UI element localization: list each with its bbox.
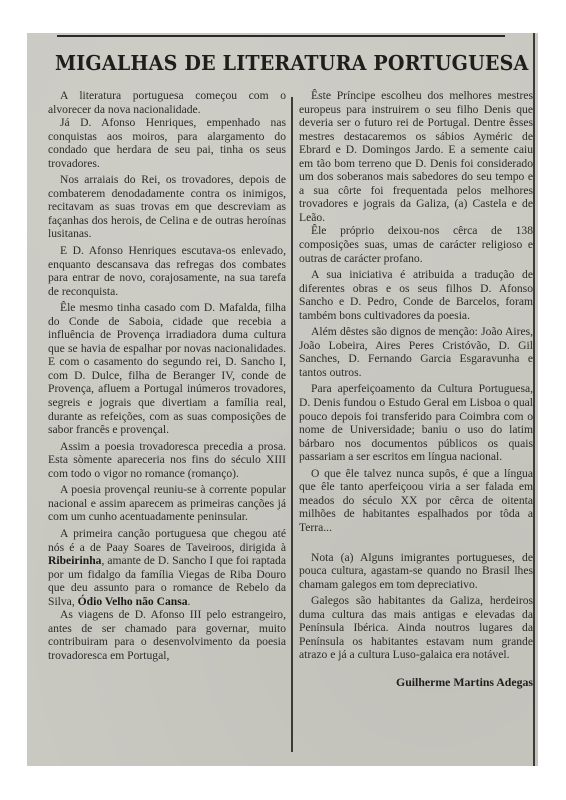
paragraph: A literatura portuguesa começou com o al… [48,89,286,116]
paragraph: Já D. Afonso Henriques, empenhado nas co… [48,116,286,170]
left-column: A literatura portuguesa começou com o al… [48,89,286,662]
paragraph: As viagens de D. Afonso III pelo estrang… [48,608,286,662]
newspaper-clipping: MIGALHAS DE LITERATURA PORTUGUESA A lite… [27,33,538,766]
right-column: Êste Príncipe escolheu dos melhores mest… [299,89,533,689]
author-signature: Guilherme Martins Adegas [299,676,533,690]
column-divider [291,97,293,752]
paragraph: Além dêstes são dignos de menção: João A… [299,325,533,379]
bold-name-ribeirinha: Ribeirinha [48,554,101,567]
paragraph-text: . [188,595,191,608]
footnote-paragraph: Galegos são habitantes da Galiza, herdei… [299,594,533,662]
paragraph: Êste Príncipe escolheu dos melhores mest… [299,89,533,224]
paragraph: Assim a poesia trovadoresca precedia a p… [48,440,286,481]
footnote-paragraph: Nota (a) Alguns imigrantes portugueses, … [299,551,533,592]
paragraph-text: A primeira canção portuguesa que chegou … [48,527,286,554]
paragraph: E D. Afonso Henriques escutava-os enleva… [48,244,286,298]
paragraph: O que êle talvez nunca supôs, é que a lí… [299,467,533,535]
right-rule-divider [533,33,535,766]
paragraph: Êle próprio deixou-nos cêrca de 138 comp… [299,224,533,265]
article-title: MIGALHAS DE LITERATURA PORTUGUESA [55,51,483,75]
top-rule-divider [57,35,505,37]
paragraph: A sua iniciativa é atribuida a tradução … [299,268,533,322]
paragraph: A primeira canção portuguesa que chegou … [48,527,286,608]
paragraph: A poesia provençal reuniu-se à corrente … [48,483,286,524]
bold-title-odio-velho: Ódio Velho não Cansa [78,595,188,608]
paragraph: Nos arraiais do Rei, os trovadores, depo… [48,173,286,241]
paragraph: Êle mesmo tinha casado com D. Mafalda, f… [48,301,286,436]
paragraph: Para aperfeiçoamento da Cultura Portugue… [299,382,533,463]
